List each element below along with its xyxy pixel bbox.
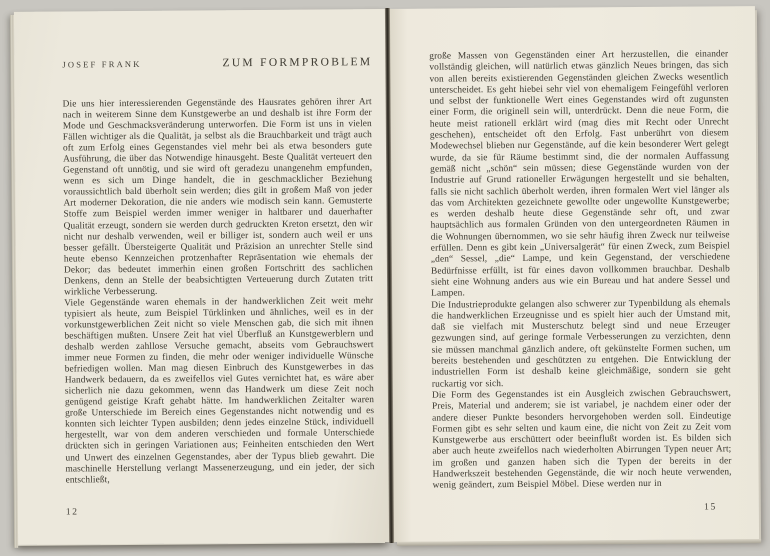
left-page: JOSEF FRANK ZUM FORMPROBLEM Die uns hier… bbox=[14, 9, 390, 545]
right-page-text: große Massen von Gegenständen einer Art … bbox=[429, 49, 731, 492]
book-spread: JOSEF FRANK ZUM FORMPROBLEM Die uns hier… bbox=[14, 6, 759, 545]
page-header: JOSEF FRANK ZUM FORMPROBLEM bbox=[62, 56, 372, 70]
paragraph: Viele Gegenstände waren ehemals in der h… bbox=[64, 296, 374, 486]
right-page: große Massen von Gegenständen einer Art … bbox=[389, 6, 759, 542]
paragraph: große Massen von Gegenständen einer Art … bbox=[429, 49, 730, 300]
paragraph: Die Form des Gegenstandes ist ein Ausgle… bbox=[432, 388, 732, 492]
page-number-left: 12 bbox=[66, 507, 79, 517]
paragraph: Die Industrieprodukte gelangen also schw… bbox=[431, 298, 731, 391]
author-name: JOSEF FRANK bbox=[62, 59, 141, 70]
page-number-right: 15 bbox=[704, 502, 717, 512]
chapter-title: ZUM FORMPROBLEM bbox=[222, 56, 372, 69]
left-page-text: Die uns hier interessierenden Gegenständ… bbox=[63, 97, 375, 486]
paragraph: Die uns hier interessierenden Gegenständ… bbox=[63, 97, 374, 298]
